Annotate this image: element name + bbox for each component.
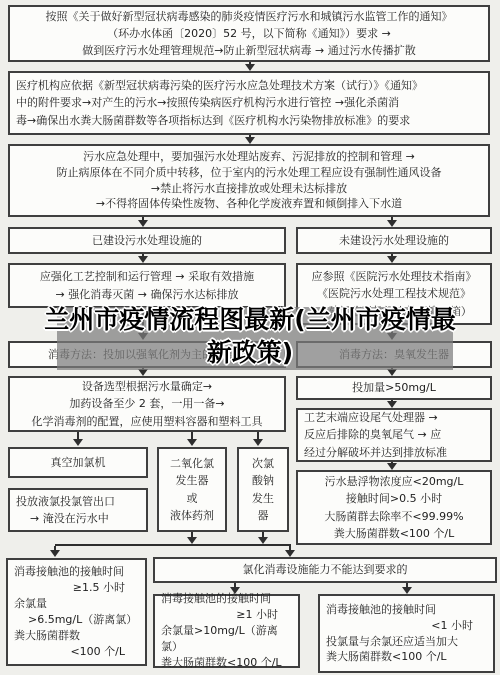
- arrow-down-icon: [284, 546, 296, 557]
- notice-box: 按照《关于做好新型冠状病毒感染的肺炎疫情医疗污水和城镇污水监管工作的通知》 （环…: [8, 5, 490, 62]
- capacity-header-box: 氯化消毒设施能力不能达到要求的: [153, 557, 497, 583]
- text-line: 投放液氯投氯管出口: [16, 493, 140, 510]
- text-line: 消毒接触池的接触时间: [14, 564, 139, 580]
- medical-org-box: 医疗机构应依据《新型冠状病毒污染的医疗污水应急处理技术方案（试行）》《通知》 中…: [8, 71, 490, 135]
- text-line: （环办水体函〔2020〕52 号，以下简称《通知》）要求 →: [16, 25, 482, 42]
- text-line: 未建设污水处理设施的: [304, 232, 484, 249]
- text-line: 或: [165, 490, 219, 507]
- text-line: 二氧化氯: [165, 455, 219, 472]
- arrow-down-icon: [386, 400, 398, 408]
- built-action-box: 应强化工艺控制和运行管理 → 采取有效措施 → 强化消毒灭菌 → 确保污水达标排…: [8, 263, 286, 308]
- text-line: 污水应急处理中，要加强污水处理站废弃、污泥排放的控制和管理 →: [16, 149, 482, 165]
- dosage-box: 投加量>50mg/L: [296, 376, 492, 400]
- arrow-down-icon: [137, 217, 149, 227]
- text-line: 已建设污水处理设施的: [16, 232, 278, 249]
- text-line: → 强化消毒灭菌 → 确保污水达标排放: [16, 286, 278, 303]
- arrow-down-icon: [386, 462, 398, 470]
- text-line: 器: [245, 507, 281, 524]
- text-line: 粪大肠菌群数<100 个/L: [161, 655, 292, 671]
- text-line: 氯化消毒设施能力不能达到要求的: [161, 561, 489, 578]
- text-line: →不得将固体传染性废物、各种化学废液弃置和倾倒排入下水道: [16, 196, 482, 212]
- text-line: ≥1 小时: [161, 607, 292, 623]
- chlorine-dioxide-box: 二氧化氯 发生器 或 液体药剂: [157, 447, 227, 532]
- text-line: 工艺末端应设尾气处理器 →: [304, 409, 484, 426]
- text-line: 按照《关于做好新型冠状病毒感染的肺炎疫情医疗污水和城镇污水监管工作的通知》: [16, 8, 482, 25]
- ozone-standard-box: 污水悬浮物浓度应<20mg/L 接触时间>0.5 小时 大肠菌群去除率不<99.…: [296, 470, 492, 545]
- text-line: → 淹没在污水中: [16, 510, 154, 527]
- arrow-down-icon: [386, 217, 398, 227]
- equipment-box: 设备选型根据污水量确定→ 加药设备至少 2 套，一用一备→ 化学消毒剂的配置，应…: [8, 376, 286, 432]
- arrow-down-icon: [244, 62, 256, 71]
- text-line: ≥1.5 小时: [14, 580, 139, 596]
- contact-less1h-box: 消毒接触池的接触时间 <1 小时 投氯量与余氯还应适当加大 粪大肠菌群数<100…: [318, 594, 495, 673]
- text-line: 真空加氯机: [16, 454, 140, 471]
- tail-gas-box: 工艺末端应设尾气处理器 → 反应后排除的臭氧尾气 → 应 经过分解破坏并达到排放…: [296, 408, 492, 462]
- text-line: 接触时间>0.5 小时: [304, 490, 484, 507]
- text-line: 做到医疗污水处理管理规范→防止新型冠状病毒 → 通过污水传播扩散: [16, 42, 482, 59]
- text-line: 防止病原体在不同介质中转移，位于室内的污水处理工程应设有强制性通风设备: [16, 165, 482, 181]
- text-line: <100 个/L: [14, 644, 139, 660]
- arrow-down-icon: [257, 532, 269, 544]
- contact-1h-box: 消毒接触池的接触时间 ≥1 小时 余氯量>10mg/L（游离氯） 粪大肠菌群数<…: [153, 594, 300, 668]
- arrow-down-icon: [386, 254, 398, 263]
- text-line: 医疗机构应依据《新型冠状病毒污染的医疗污水应急处理技术方案（试行）》《通知》: [16, 77, 482, 94]
- text-line: 加药设备至少 2 套，一用一备→: [16, 395, 278, 412]
- text-line: 粪大肠菌群数: [14, 628, 139, 644]
- text-line: 粪大肠菌群数<100 个/L: [326, 649, 487, 665]
- arrow-down-icon: [137, 254, 149, 263]
- text-line: 消毒接触池的接触时间: [326, 602, 487, 618]
- liquid-chlorine-box: 投放液氯投氯管出口 → 淹没在污水中: [8, 488, 148, 532]
- text-line: 消毒接触池的接触时间: [161, 591, 292, 607]
- connector-line: [55, 544, 291, 546]
- text-line: 中的附件要求→对产生的污水→按照传染病医疗机构污水进行管控 →强化杀菌消: [16, 94, 482, 111]
- arrow-down-icon: [244, 135, 256, 144]
- text-line: 毒→确保出水粪大肠菌群数等各项指标达到《医疗机构水污染物排放标准》的要求: [16, 112, 482, 129]
- text-line: 《医院污水处理工程技术规范》: [304, 285, 484, 302]
- text-line: 应参照《医院污水处理技术指南》: [304, 268, 484, 285]
- text-line: 粪大肠菌群数<100 个/L: [304, 525, 484, 542]
- text-line: 酸钠: [245, 472, 281, 489]
- text-line: 余氯量: [14, 596, 139, 612]
- contact-ok-box: 消毒接触池的接触时间 ≥1.5 小时 余氯量 >6.5mg/L（游离氯） 粪大肠…: [6, 558, 147, 666]
- text-line: 反应后排除的臭氧尾气 → 应: [304, 426, 484, 443]
- text-line: 经过分解破坏并达到排放标准: [304, 444, 484, 461]
- flowchart-canvas: 按照《关于做好新型冠状病毒感染的肺炎疫情医疗污水和城镇污水监管工作的通知》 （环…: [0, 0, 500, 675]
- sodium-hypochlorite-box: 次氯 酸钠 发生 器: [237, 447, 289, 532]
- text-line: 投加量>50mg/L: [304, 379, 484, 396]
- arrow-down-icon: [252, 432, 264, 446]
- text-line: →禁止将污水直接排放或处理未达标排放: [16, 181, 482, 197]
- arrow-down-icon: [49, 546, 61, 557]
- arrow-down-icon: [401, 583, 413, 594]
- text-line: 大肠菌群去除率不<99.99%: [304, 508, 484, 525]
- built-box: 已建设污水处理设施的: [8, 227, 286, 254]
- not-built-box: 未建设污水处理设施的: [296, 227, 492, 254]
- arrow-down-icon: [186, 532, 198, 544]
- text-line: 污水悬浮物浓度应<20mg/L: [304, 473, 484, 490]
- text-line: 投氯量与余氯还应适当加大: [326, 634, 487, 650]
- text-line: 发生: [245, 490, 281, 507]
- text-line: 液体药剂: [165, 507, 219, 524]
- text-line: 化学消毒剂的配置，应使用塑料容器和塑料工具: [16, 413, 278, 430]
- text-line: 发生器: [165, 472, 219, 489]
- text-line: 余氯量>10mg/L（游离氯）: [161, 623, 292, 655]
- arrow-down-icon: [72, 432, 84, 446]
- watermark-line: 新政策): [0, 336, 500, 369]
- text-line: <1 小时: [326, 618, 487, 634]
- text-line: 设备选型根据污水量确定→: [16, 378, 278, 395]
- text-line: >6.5mg/L（游离氯）: [14, 612, 153, 628]
- watermark-line: 兰州市疫情流程图最新(兰州市疫情最: [0, 303, 500, 336]
- watermark-title: 兰州市疫情流程图最新(兰州市疫情最 新政策): [0, 303, 500, 369]
- text-line: 应强化工艺控制和运行管理 → 采取有效措施: [16, 268, 278, 285]
- vacuum-chlorinator-box: 真空加氯机: [8, 447, 148, 478]
- arrow-down-icon: [186, 432, 198, 446]
- text-line: 次氯: [245, 455, 281, 472]
- emergency-box: 污水应急处理中，要加强污水处理站废弃、污泥排放的控制和管理 → 防止病原体在不同…: [8, 144, 490, 217]
